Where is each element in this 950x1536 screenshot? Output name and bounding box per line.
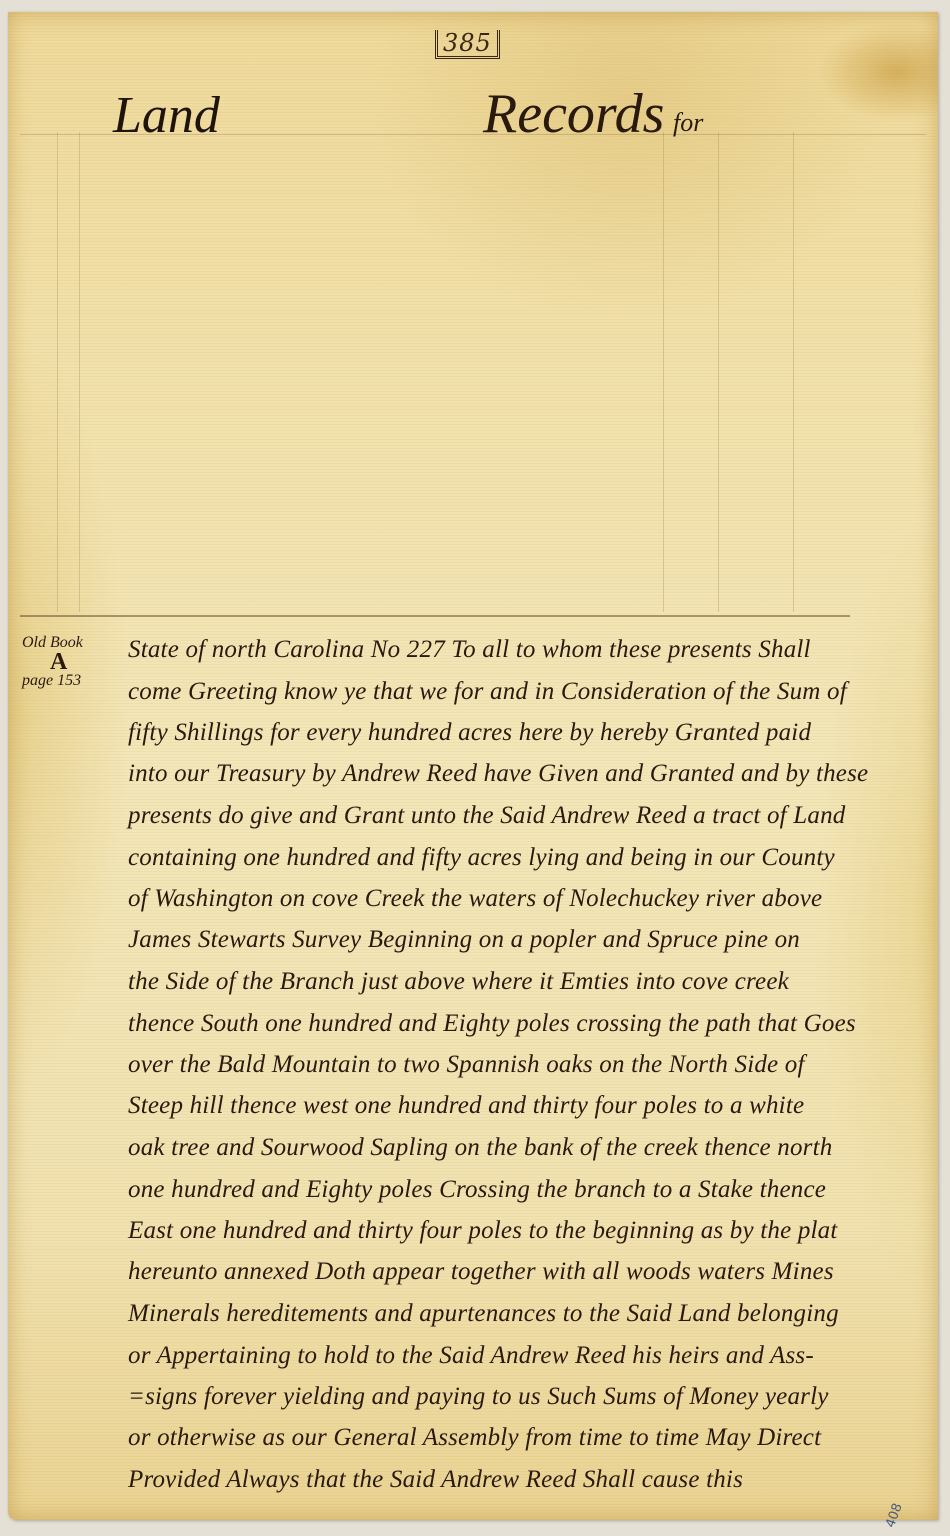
text-line: oak tree and Sourwood Sapling on the ban… <box>128 1134 908 1162</box>
text-line: East one hundred and thirty four poles t… <box>128 1217 908 1245</box>
text-line: thence South one hundred and Eighty pole… <box>128 1010 908 1038</box>
text-line: State of north Carolina No 227 To all to… <box>128 636 908 664</box>
ruled-column-line <box>663 132 664 612</box>
text-line: Steep hill thence west one hundred and t… <box>128 1092 908 1120</box>
title-word-records: Records <box>483 82 664 146</box>
text-line: containing one hundred and fifty acres l… <box>128 844 908 872</box>
text-line: or Appertaining to hold to the Said Andr… <box>128 1342 908 1370</box>
text-line: hereunto annexed Doth appear together wi… <box>128 1258 908 1286</box>
text-line: presents do give and Grant unto the Said… <box>128 802 908 830</box>
corner-stamp-number: 408 <box>883 1501 906 1529</box>
title-word-land: Land <box>113 86 220 145</box>
text-line: Minerals hereditements and apurtenances … <box>128 1300 908 1328</box>
text-line: the Side of the Branch just above where … <box>128 968 908 996</box>
document-page: 385 Land Records for Old Book A page 153… <box>8 12 938 1520</box>
text-line: fifty Shillings for every hundred acres … <box>128 719 908 747</box>
text-line: of Washington on cove Creek the waters o… <box>128 885 908 913</box>
text-line: over the Bald Mountain to two Spannish o… <box>128 1051 908 1079</box>
text-line: =signs forever yielding and paying to us… <box>128 1383 908 1411</box>
section-divider <box>20 615 850 617</box>
text-line: come Greeting know ye that we for and in… <box>128 678 908 706</box>
ruled-margin-line <box>57 132 58 612</box>
text-line: one hundred and Eighty poles Crossing th… <box>128 1176 908 1204</box>
ruled-column-line <box>793 132 794 612</box>
text-line: into our Treasury by Andrew Reed have Gi… <box>128 760 908 788</box>
text-line: or otherwise as our General Assembly fro… <box>128 1424 908 1452</box>
margin-note-book: Old Book <box>22 634 112 652</box>
text-line: James Stewarts Survey Beginning on a pop… <box>128 926 908 954</box>
text-line: Provided Always that the Said Andrew Ree… <box>128 1466 908 1494</box>
ruled-margin-line <box>79 132 80 612</box>
ruled-column-line <box>718 132 719 612</box>
folio-number: 385 <box>435 30 500 59</box>
title-word-for: for <box>673 108 703 138</box>
margin-note-page: page 153 <box>22 672 112 690</box>
margin-note-volume: A <box>50 652 112 672</box>
margin-note: Old Book A page 153 <box>22 634 112 690</box>
